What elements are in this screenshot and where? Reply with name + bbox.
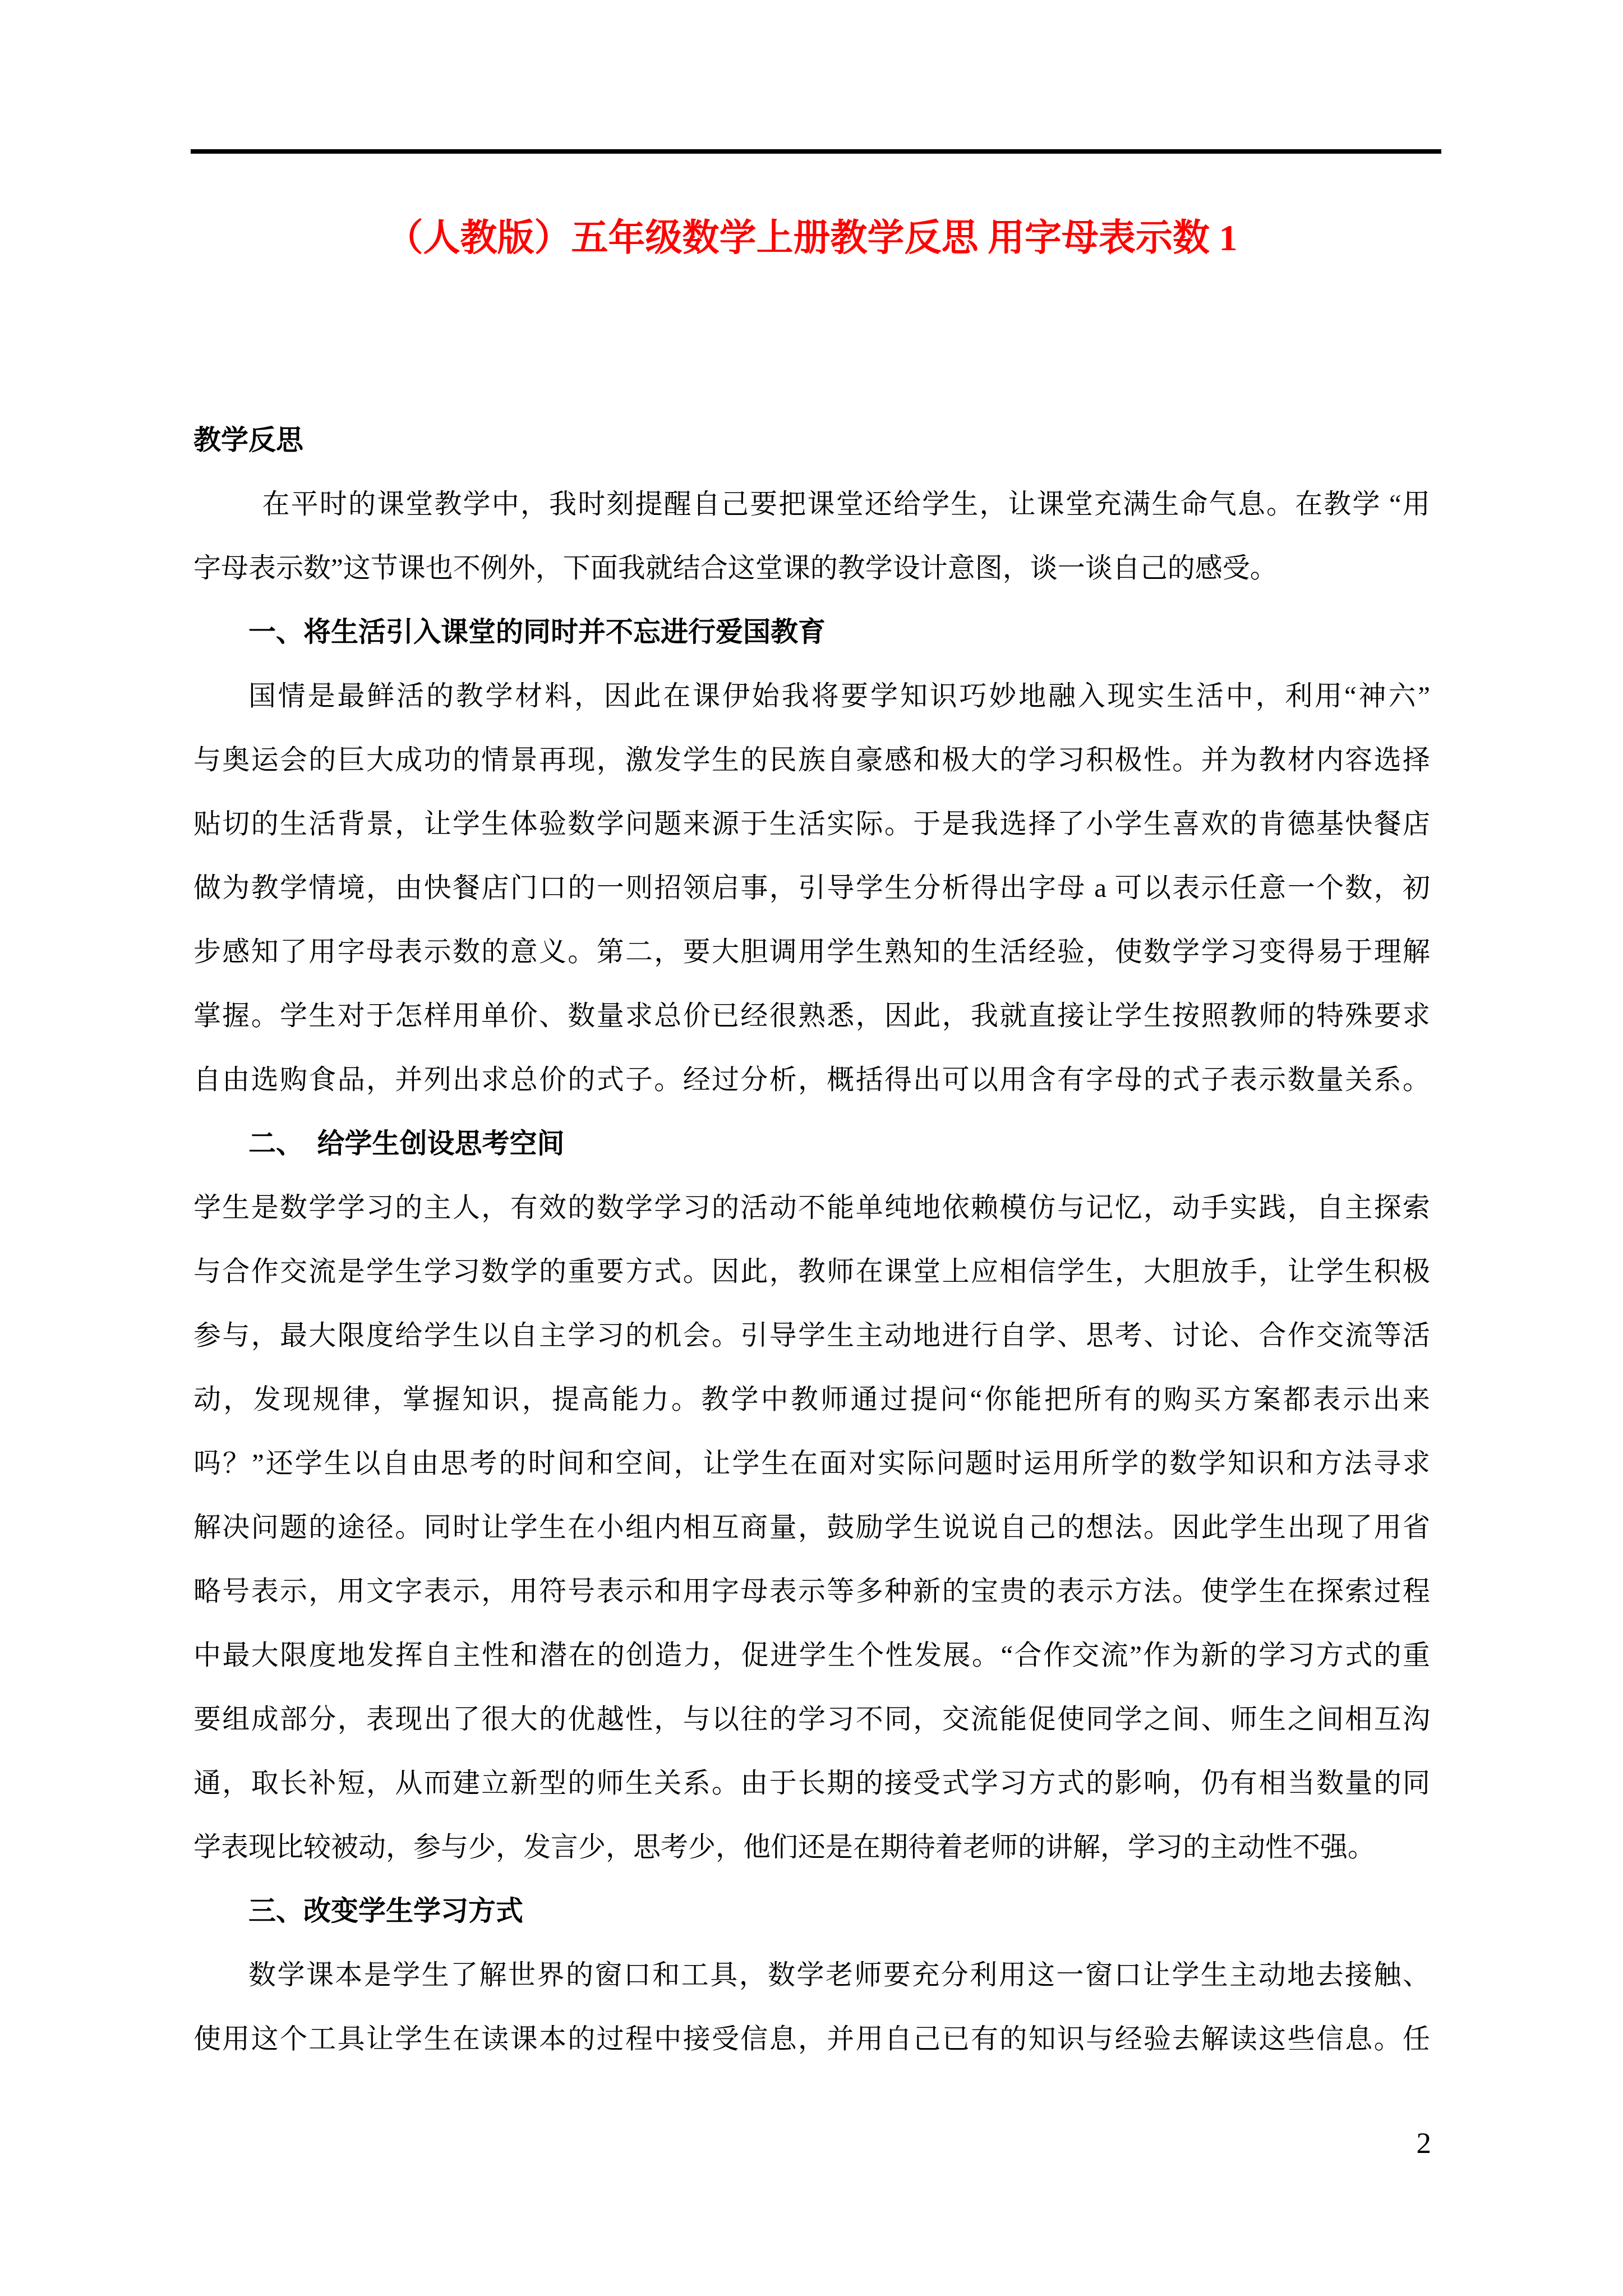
text-line: 要组成部分，表现出了很大的优越性，与以往的学习不同，交流能促使同学之间、师生之间… <box>193 1687 1430 1751</box>
text-line: 学生是数学学习的主人，有效的数学学习的活动不能单纯地依赖模仿与记忆，动手实践，自… <box>193 1176 1430 1240</box>
document-title: （人教版）五年级数学上册教学反思 用字母表示数 1 <box>193 201 1430 276</box>
heading-line: 教学反思 <box>193 408 1430 472</box>
text-line: 通，取长补短，从而建立新型的师生关系。由于长期的接受式学习方式的影响，仍有相当数… <box>193 1751 1430 1815</box>
text-line: 吗？”还学生以自由思考的时间和空间，让学生在面对实际问题时运用所学的数学知识和方… <box>193 1432 1430 1496</box>
text-line: 中最大限度地发挥自主性和潜在的创造力，促进学生个性发展。“合作交流”作为新的学习… <box>193 1623 1430 1687</box>
text-line: 国情是最鲜活的教学材料，因此在课伊始我将要学知识巧妙地融入现实生活中，利用“神六… <box>193 664 1430 728</box>
text-line: 略号表示，用文字表示，用符号表示和用字母表示等多种新的宝贵的表示方法。使学生在探… <box>193 1559 1430 1623</box>
heading-line: 二、 给学生创设思考空间 <box>193 1112 1430 1176</box>
text-line: 参与，最大限度给学生以自主学习的机会。引导学生主动地进行自学、思考、讨论、合作交… <box>193 1304 1430 1368</box>
text-line: 数学课本是学生了解世界的窗口和工具，数学老师要充分利用这一窗口让学生主动地去接触… <box>193 1943 1430 2007</box>
text-line: 动，发现规律，掌握知识，提高能力。教学中教师通过提问“你能把所有的购买方案都表示… <box>193 1368 1430 1432</box>
text-line: 与合作交流是学生学习数学的重要方式。因此，教师在课堂上应相信学生，大胆放手，让学… <box>193 1240 1430 1304</box>
header-rule <box>191 149 1441 154</box>
text-line: 与奥运会的巨大成功的情景再现，激发学生的民族自豪感和极大的学习积极性。并为教材内… <box>193 728 1430 792</box>
heading-line: 一、将生活引入课堂的同时并不忘进行爱国教育 <box>193 600 1430 664</box>
text-line: 掌握。学生对于怎样用单价、数量求总价已经很熟悉，因此，我就直接让学生按照教师的特… <box>193 984 1430 1048</box>
text-line: 在平时的课堂教学中，我时刻提醒自己要把课堂还给学生，让课堂充满生命气息。在教学 … <box>193 472 1430 536</box>
text-line: 字母表示数”这节课也不例外，下面我就结合这堂课的教学设计意图，谈一谈自己的感受。 <box>193 536 1430 600</box>
text-line: 学表现比较被动，参与少，发言少，思考少，他们还是在期待着老师的讲解，学习的主动性… <box>193 1815 1430 1879</box>
text-line: 自由选购食品，并列出求总价的式子。经过分析，概括得出可以用含有字母的式子表示数量… <box>193 1048 1430 1112</box>
text-line: 贴切的生活背景，让学生体验数学问题来源于生活实际。于是我选择了小学生喜欢的肯德基… <box>193 792 1430 856</box>
text-line: 使用这个工具让学生在读课本的过程中接受信息，并用自己已有的知识与经验去解读这些信… <box>193 2007 1430 2071</box>
page-number: 2 <box>1290 2113 1431 2174</box>
heading-line: 三、改变学生学习方式 <box>193 1879 1430 1943</box>
text-line: 解决问题的途径。同时让学生在小组内相互商量，鼓励学生说说自己的想法。因此学生出现… <box>193 1496 1430 1559</box>
document-page: （人教版）五年级数学上册教学反思 用字母表示数 1 教学反思在平时的课堂教学中，… <box>0 0 1623 2296</box>
document-body: 教学反思在平时的课堂教学中，我时刻提醒自己要把课堂还给学生，让课堂充满生命气息。… <box>193 408 1430 2071</box>
text-line: 做为教学情境，由快餐店门口的一则招领启事，引导学生分析得出字母 a 可以表示任意… <box>193 856 1430 920</box>
text-line: 步感知了用字母表示数的意义。第二，要大胆调用学生熟知的生活经验，使数学学习变得易… <box>193 920 1430 984</box>
